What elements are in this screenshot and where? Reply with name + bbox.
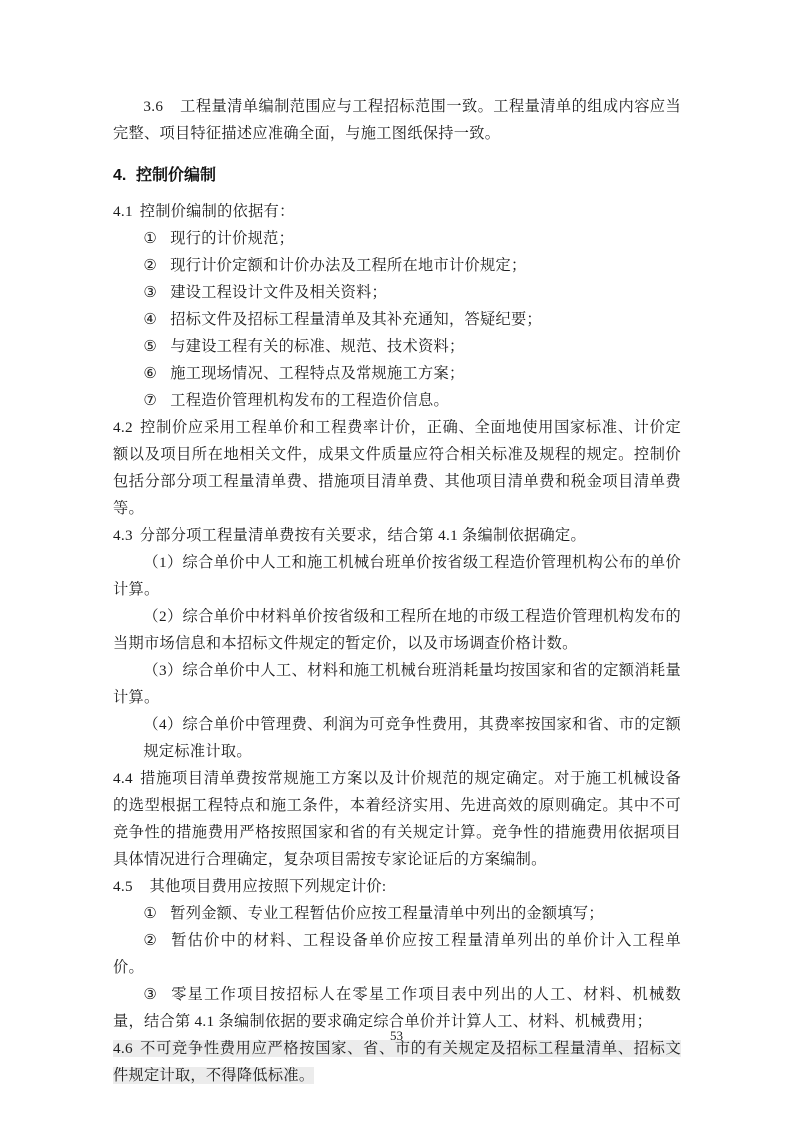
list-item-text: 建设工程设计文件及相关资料； [170,284,387,301]
section-number: 4.5 [113,878,133,895]
section-number: 4.1 [113,203,133,220]
paragraph-text: 措施项目清单费按常规施工方案以及计价规范的规定确定。对于施工机械设备的选型根据工… [113,770,681,868]
list-item-text: （2）综合单价中材料单价按省级和工程所在地的市级工程造价管理机构发布的当期市场信… [113,608,681,652]
list-item-text: 现行的计价规范； [170,230,294,247]
list-item: ①现行的计价规范； [113,225,681,252]
paragraph-text: 控制价编制的依据有： [140,203,295,220]
paragraph-text: 不可竞争性费用应严格按国家、省、市的有关规定及招标工程量清单、招标文件规定计取，… [113,1040,681,1084]
circled-number-marker: ② [143,257,157,274]
paragraph-3-6: 3.6工程量清单编制范围应与工程招标范围一致。工程量清单的组成内容应当完整、项目… [113,93,681,147]
list-item-text: 施工现场情况、工程特点及常规施工方案； [170,365,464,382]
list-item-text: （3）综合单价中人工、材料和施工机械台班消耗量均按国家和省的定额消耗量计算。 [113,662,681,706]
list-item-text: （4）综合单价中管理费、利润为可竞争性费用，其费率按国家和省、市的定额规定标准计… [143,716,681,760]
highlighted-text: 4.6不可竞争性费用应严格按国家、省、市的有关规定及招标工程量清单、招标文件规定… [113,1040,681,1084]
circled-number-marker: ① [143,230,157,247]
heading-number: 4. [113,167,126,184]
list-item: （4）综合单价中管理费、利润为可竞争性费用，其费率按国家和省、市的定额规定标准计… [143,711,681,765]
heading-title: 控制价编制 [136,167,216,184]
list-item: （3）综合单价中人工、材料和施工机械台班消耗量均按国家和省的定额消耗量计算。 [113,657,681,711]
document-page: 3.6工程量清单编制范围应与工程招标范围一致。工程量清单的组成内容应当完整、项目… [0,0,793,1122]
list-item: ④招标文件及招标工程量清单及其补充通知，答疑纪要； [113,306,681,333]
list-item: ③零星工作项目按招标人在零星工作项目表中列出的人工、材料、机械数量，结合第 4.… [113,981,681,1035]
list-item-text: 暂估价中的材料、工程设备单价应按工程量清单列出的单价计入工程单价。 [113,932,681,976]
document-content: 3.6工程量清单编制范围应与工程招标范围一致。工程量清单的组成内容应当完整、项目… [113,93,681,1089]
list-item: ①暂列金额、专业工程暂估价应按工程量清单中列出的金额填写； [113,900,681,927]
list-item: ⑤与建设工程有关的标准、规范、技术资料； [113,333,681,360]
list-item: ②暂估价中的材料、工程设备单价应按工程量清单列出的单价计入工程单价。 [113,927,681,981]
list-item-text: 现行计价定额和计价办法及工程所在地市计价规定； [170,257,526,274]
list-item: ⑥施工现场情况、工程特点及常规施工方案； [113,360,681,387]
paragraph-4-5: 4.5其他项目费用应按照下列规定计价: [113,873,681,900]
list-item: ②现行计价定额和计价办法及工程所在地市计价规定； [113,252,681,279]
list-item: ③建设工程设计文件及相关资料； [113,279,681,306]
list-item-text: 招标文件及招标工程量清单及其补充通知，答疑纪要； [170,311,542,328]
list-item-text: 工程造价管理机构发布的工程造价信息。 [170,392,449,409]
list-item-text: （1）综合单价中人工和施工机械台班单价按省级工程造价管理机构公布的单价计算。 [113,554,681,598]
section-heading-4: 4.控制价编制 [113,165,681,187]
list-item-text: 零星工作项目按招标人在零星工作项目表中列出的人工、材料、机械数量，结合第 4.1… [113,986,681,1030]
circled-number-marker: ⑤ [143,338,157,355]
paragraph-text: 其他项目费用应按照下列规定计价: [150,878,387,895]
section-number: 4.3 [113,527,133,544]
paragraph-4-4: 4.4措施项目清单费按常规施工方案以及计价规范的规定确定。对于施工机械设备的选型… [113,765,681,873]
paragraph-4-2: 4.2控制价应采用工程单价和工程费率计价，正确、全面地使用国家标准、计价定额以及… [113,414,681,522]
list-item: （1）综合单价中人工和施工机械台班单价按省级工程造价管理机构公布的单价计算。 [113,549,681,603]
paragraph-text: 工程量清单编制范围应与工程招标范围一致。工程量清单的组成内容应当完整、项目特征描… [113,98,681,142]
page-number: 53 [0,1028,793,1044]
paragraph-4-1: 4.1控制价编制的依据有： [113,198,681,225]
list-item: ⑦工程造价管理机构发布的工程造价信息。 [113,387,681,414]
circled-number-marker: ② [143,932,158,949]
paragraph-text: 分部分项工程量清单费按有关要求，结合第 4.1 条编制依据确定。 [140,527,586,544]
list-item-text: 暂列金额、专业工程暂估价应按工程量清单中列出的金额填写； [170,905,604,922]
paragraph-text: 控制价应采用工程单价和工程费率计价，正确、全面地使用国家标准、计价定额以及项目所… [113,419,681,517]
list-item-text: 与建设工程有关的标准、规范、技术资料； [170,338,464,355]
section-number: 3.6 [143,98,163,115]
circled-number-marker: ① [143,905,157,922]
circled-number-marker: ③ [143,284,157,301]
section-number: 4.4 [113,770,133,787]
paragraph-4-3: 4.3分部分项工程量清单费按有关要求，结合第 4.1 条编制依据确定。 [113,522,681,549]
circled-number-marker: ⑦ [143,392,157,409]
circled-number-marker: ④ [143,311,157,328]
list-item: （2）综合单价中材料单价按省级和工程所在地的市级工程造价管理机构发布的当期市场信… [113,603,681,657]
circled-number-marker: ⑥ [143,365,157,382]
section-number: 4.2 [113,419,133,436]
circled-number-marker: ③ [143,986,158,1003]
